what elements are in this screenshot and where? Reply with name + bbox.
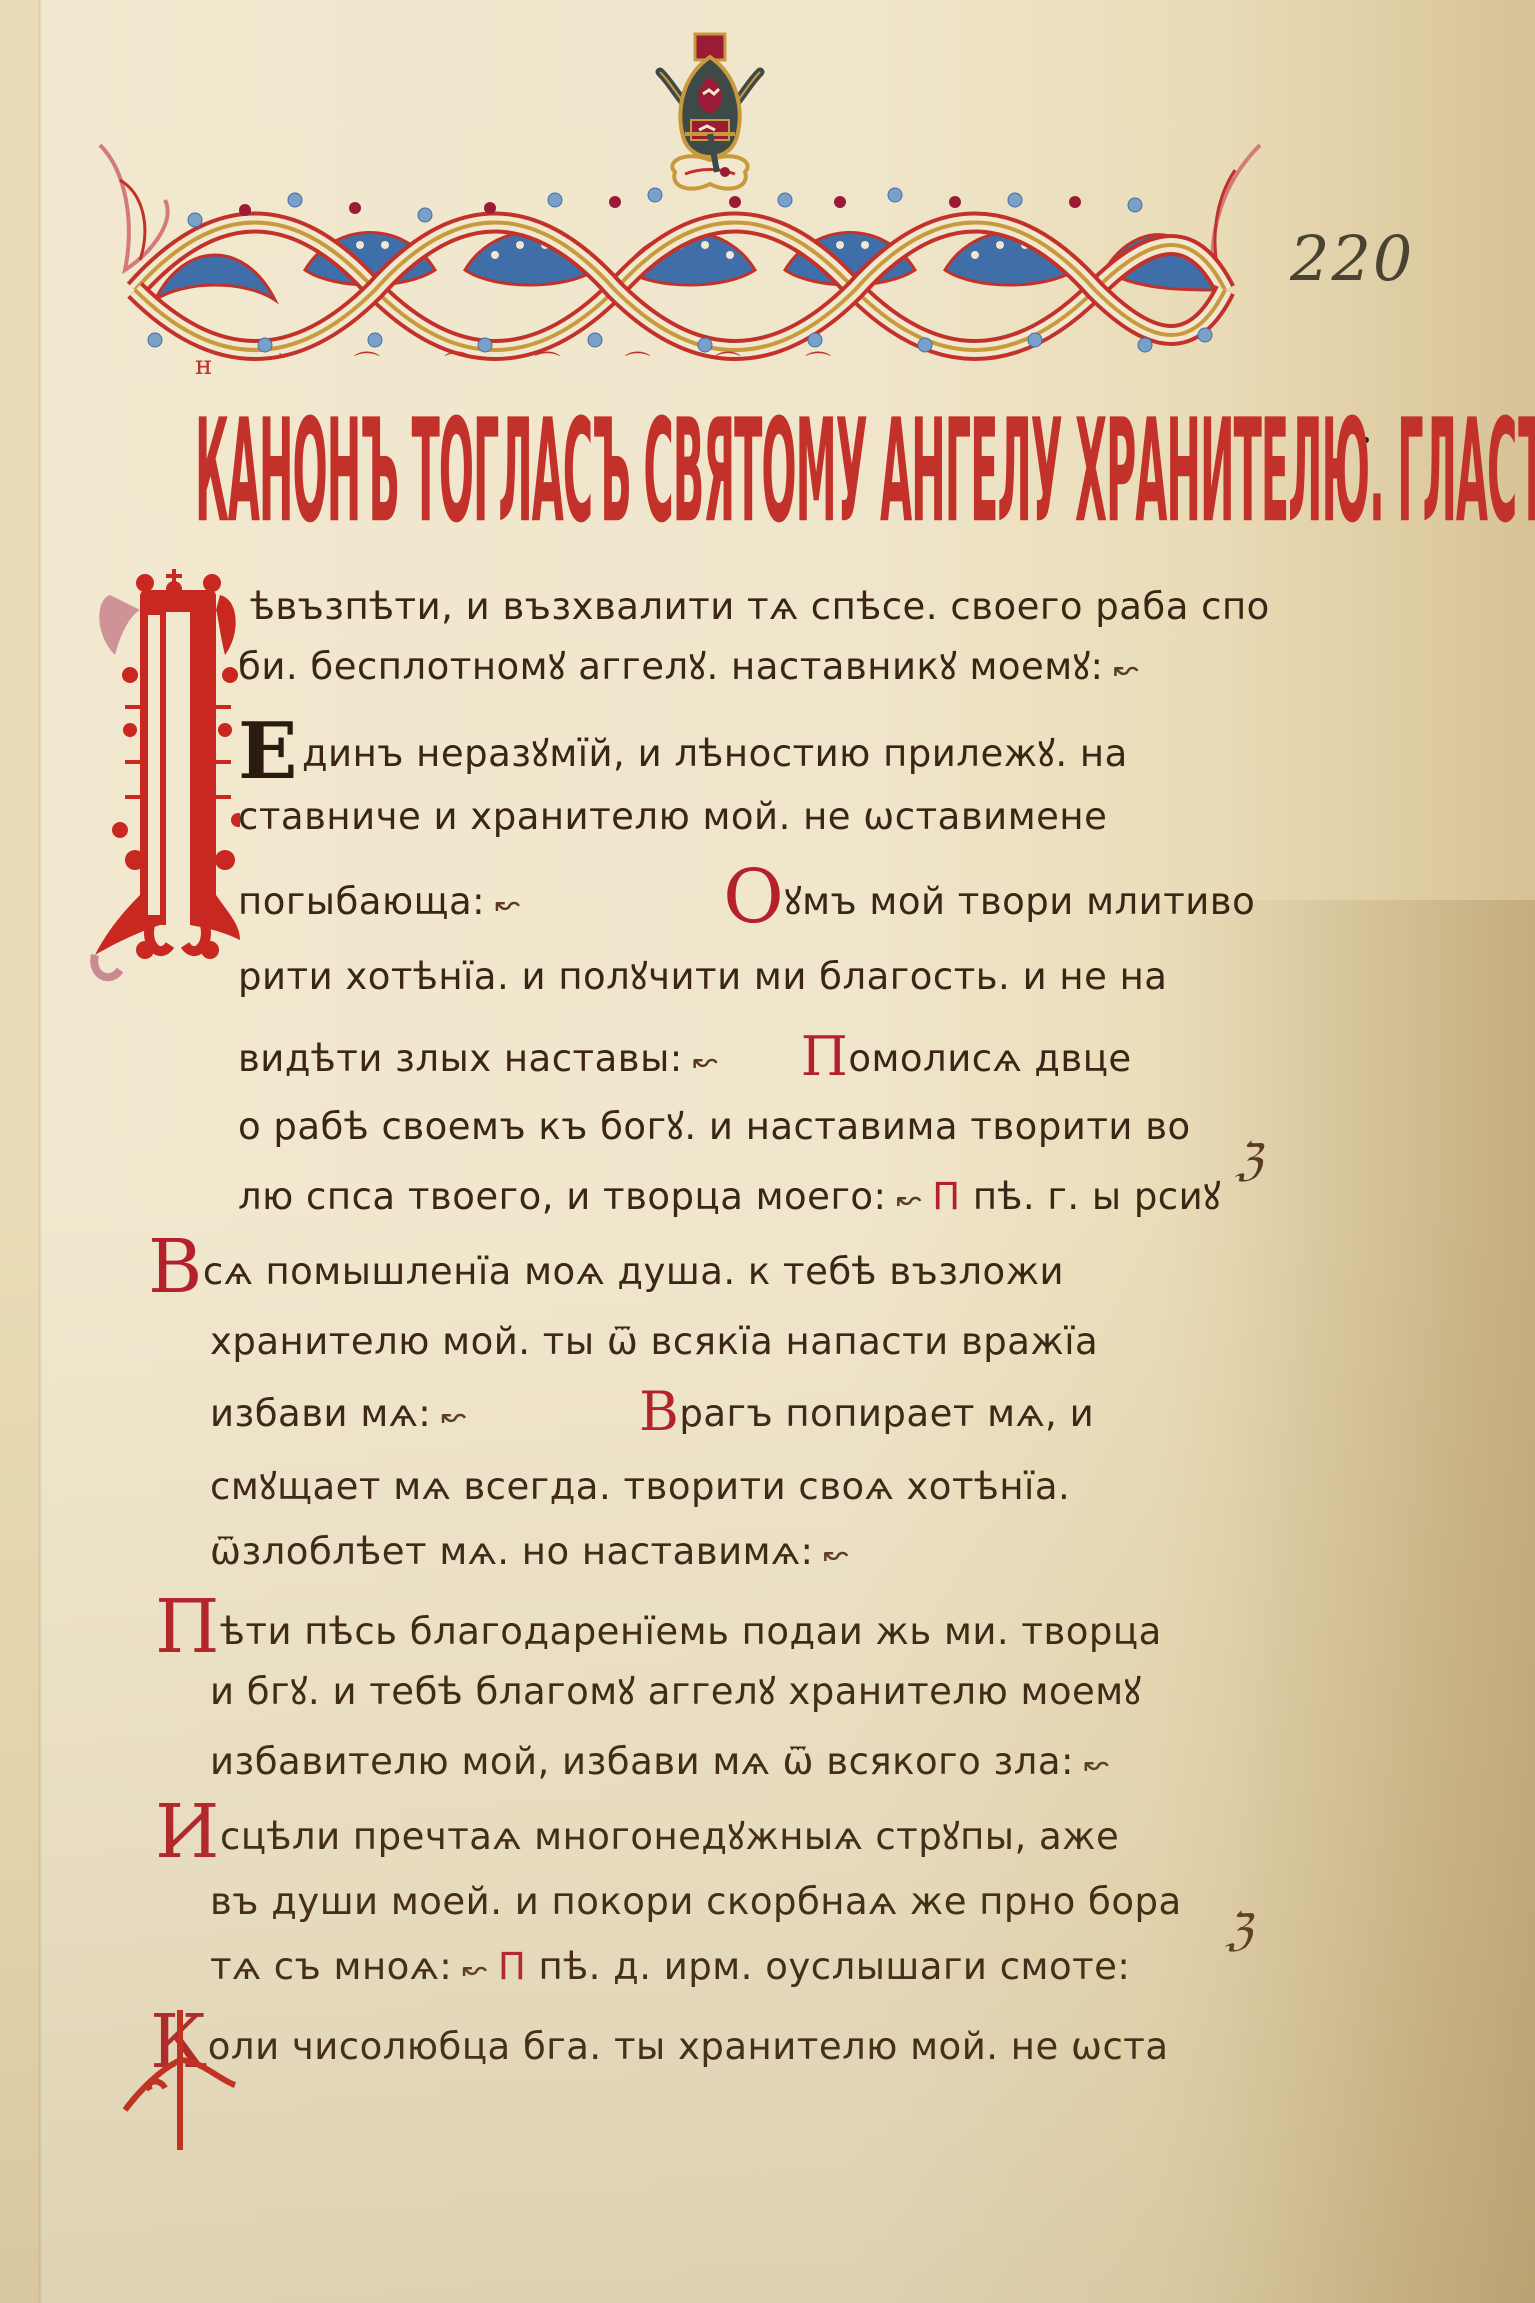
initial-flourish — [120, 2000, 240, 2160]
text-line-17: избавителю мой, избави мѧ ѿ всякого зла:… — [210, 1730, 1110, 1794]
text-line-7: видѣти злых наставы: ↜ Помолисѧ двце — [238, 1025, 1132, 1089]
text-line-6: рити хотѣнїа. и полꙋчити ми благость. и … — [238, 945, 1167, 1009]
text-line-9: лю спса твоего, и творца моего: ↜ П пѣ. … — [238, 1165, 1221, 1229]
rubric-initial: В — [639, 1380, 679, 1443]
body-text: ѣвъзпѣти, и възхвалити тѧ спѣсе. своего … — [0, 0, 1535, 2303]
text-line-2: би. бесплотномꙋ аггелꙋ. наставникꙋ моемꙋ… — [238, 635, 1139, 699]
text-line-13: смꙋщает мѧ всегда. творити своѧ хотѣнїа. — [210, 1455, 1070, 1519]
text-line-15: Пѣти пѣсь благодаренїемь подаи жь ми. тв… — [155, 1595, 1162, 1659]
text-line-8: о рабѣ своемъ къ богꙋ. и наставима твори… — [238, 1095, 1191, 1159]
initial-e: Е — [238, 720, 298, 784]
flourish-icon — [120, 2000, 240, 2160]
rubric-mark: П — [932, 1175, 960, 1218]
text-line-11: хранителю мой. ты ѿ всякїа напасти вражї… — [210, 1310, 1098, 1374]
text-line-4: ставниче и хранителю мой. не ѡставимене — [238, 785, 1107, 849]
rubric-initial: О — [723, 854, 784, 940]
rubric-initial: В — [148, 1224, 203, 1310]
marginal-correction-mark: ℨ — [1235, 1135, 1262, 1186]
text-line-21: Коли чисолюбца бга. ты хранителю мой. не… — [150, 2010, 1169, 2074]
text-line-16: и бгꙋ. и тебѣ благомꙋ аггелꙋ хранителю м… — [210, 1660, 1142, 1724]
manuscript-page: 220 н ˇ ⌒ ⌒ ⌒ ⌒ ⌒ ⌒ КАНОНЪ ТОГЛАСЪ СВЯТО… — [0, 0, 1535, 2303]
section-end-mark: ↜ — [1104, 652, 1140, 687]
text-line-20: тѧ съ мноѧ: ↜ П пѣ. д. ирм. оуслышаги см… — [210, 1935, 1130, 1999]
text-line-14: ѿзлоблѣет мѧ. но наставимѧ: ↜ — [210, 1520, 849, 1584]
rubric-initial: П — [155, 1584, 220, 1670]
marginal-correction-mark: ℨ — [1225, 1905, 1252, 1956]
text-line-12: избави мѧ: ↜ Врагъ попирает мѧ, и — [210, 1380, 1094, 1444]
text-line-10: Всѧ помышленїа моѧ душа. к тебѣ възложи — [148, 1235, 1064, 1299]
text-line-19: въ души моей. и покори скорбнаѧ же прно … — [210, 1870, 1182, 1934]
rubric-mark: П — [498, 1945, 526, 1988]
text-line-1: ѣвъзпѣти, и възхвалити тѧ спѣсе. своего … — [250, 575, 1270, 639]
section-end-mark: ↜ — [485, 887, 531, 922]
text-line-3: Единъ неразꙋмїй, и лѣностию прилежꙋ. на — [238, 720, 1128, 784]
text-line-18: Исцѣли пречтаѧ многонедꙋжныѧ стрꙋпы, аже — [155, 1800, 1119, 1864]
text-line-5: погыбающа: ↜ Оꙋмъ мой твори млитиво — [238, 865, 1255, 929]
rubric-initial: И — [155, 1789, 220, 1875]
rubric-initial: П — [801, 1025, 849, 1088]
